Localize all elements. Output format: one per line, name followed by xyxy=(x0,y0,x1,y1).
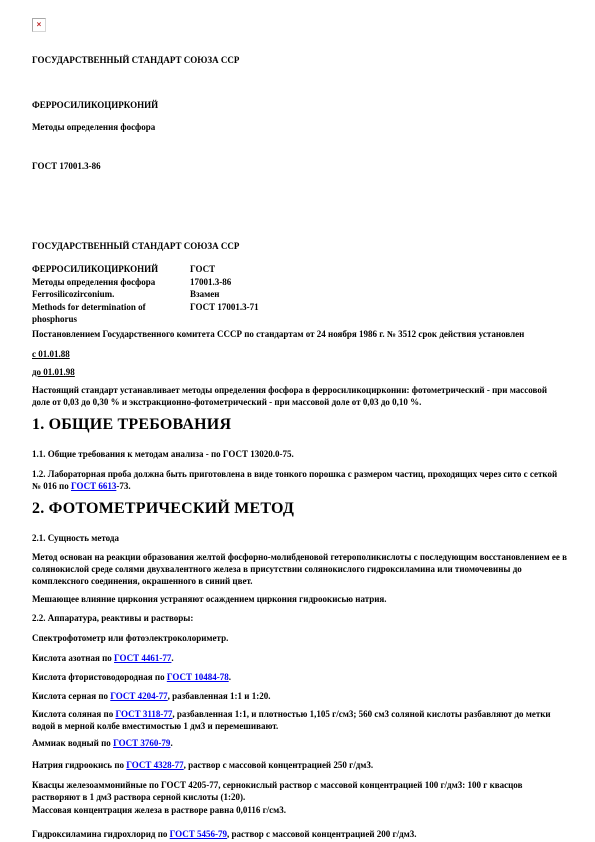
reagent-item-ammonia: Аммиак водный по ГОСТ 3760-79. xyxy=(32,737,567,749)
reagent-item-sulfuric-acid: Кислота серная по ГОСТ 4204-77, разбавле… xyxy=(32,690,567,702)
decree-paragraph: Постановлением Государственного комитета… xyxy=(32,328,567,340)
iron-concentration-note: Массовая концентрация железа в растворе … xyxy=(32,804,567,816)
document-page: × ГОСУДАРСТВЕННЫЙ СТАНДАРТ СОЮЗА ССР ФЕР… xyxy=(32,18,567,840)
reagent-text-suffix: . xyxy=(170,738,172,748)
gost-3760-link[interactable]: ГОСТ 3760-79 xyxy=(113,738,170,748)
clause-2-2: 2.2. Аппаратура, реактивы и растворы: xyxy=(32,612,567,624)
doc-title: ФЕРРОСИЛИКОЦИРКОНИЙ xyxy=(32,99,567,111)
gost-10484-link[interactable]: ГОСТ 10484-78 xyxy=(167,672,229,682)
reagent-item-nitric-acid: Кислота азотная по ГОСТ 4461-77. xyxy=(32,652,567,664)
title-block-gost-word: ГОСТ xyxy=(190,263,259,276)
reagent-text: Кислота азотная по xyxy=(32,653,114,663)
title-block-replaced-gost: ГОСТ 17001.3-71 xyxy=(190,301,259,314)
reagent-item-hydroxylamine: Гидроксиламина гидрохлорид по ГОСТ 5456-… xyxy=(32,828,567,840)
reagent-text-suffix: , разбавленная 1:1 и 1:20. xyxy=(168,691,271,701)
gost-6613-link[interactable]: ГОСТ 6613 xyxy=(71,481,116,491)
reagent-item-iron-ammonium-alum: Квасцы железоаммонийные по ГОСТ 4205-77,… xyxy=(32,779,567,803)
reagent-item-hydrochloric-acid: Кислота соляная по ГОСТ 3118-77, разбавл… xyxy=(32,708,567,732)
reagent-text-suffix: , раствор с массовой концентрацией 250 г… xyxy=(184,760,374,770)
title-block-title-en: Ferrosilicozirconium. xyxy=(32,288,190,301)
title-block-left-column: ФЕРРОСИЛИКОЦИРКОНИЙ Методы определения ф… xyxy=(32,263,190,326)
title-block-title-ru: ФЕРРОСИЛИКОЦИРКОНИЙ xyxy=(32,263,190,276)
reagent-text: Квасцы железоаммонийные по ГОСТ 4205-77,… xyxy=(32,780,522,802)
title-block-subtitle-en: Methods for determination of phosphorus xyxy=(32,301,190,326)
gost-4461-link[interactable]: ГОСТ 4461-77 xyxy=(114,653,171,663)
reagent-text: Кислота фтористоводородная по xyxy=(32,672,167,682)
section-2-heading: 2. ФОТОМЕТРИЧЕСКИЙ МЕТОД xyxy=(32,499,567,519)
doc-number: ГОСТ 17001.3-86 xyxy=(32,160,567,172)
section-1-heading: 1. ОБЩИЕ ТРЕБОВАНИЯ xyxy=(32,415,567,435)
reagent-item-hydrofluoric-acid: Кислота фтористоводородная по ГОСТ 10484… xyxy=(32,671,567,683)
reagent-text: Кислота серная по xyxy=(32,691,110,701)
title-block: ФЕРРОСИЛИКОЦИРКОНИЙ Методы определения ф… xyxy=(32,263,567,326)
gost-5456-link[interactable]: ГОСТ 5456-79 xyxy=(170,829,227,839)
clause-1-1: 1.1. Общие требования к методам анализа … xyxy=(32,448,567,460)
reagent-text: Гидроксиламина гидрохлорид по xyxy=(32,829,170,839)
reagent-text: Спектрофотометр или фотоэлектроколоримет… xyxy=(32,633,228,643)
clause-1-2: 1.2. Лабораторная проба должна быть приг… xyxy=(32,468,567,492)
reagent-text: Кислота соляная по xyxy=(32,709,115,719)
clause-1-2-suffix: -73. xyxy=(116,481,130,491)
title-block-replaces-word: Взамен xyxy=(190,288,259,301)
broken-image-x-glyph: × xyxy=(37,21,42,29)
validity-from: с 01.01.88 xyxy=(32,348,567,360)
reagent-text: Массовая концентрация железа в растворе … xyxy=(32,805,286,815)
doc-subtitle: Методы определения фосфора xyxy=(32,121,567,133)
title-block-gost-number: 17001.3-86 xyxy=(190,276,259,289)
reagent-item-sodium-hydroxide: Натрия гидроокись по ГОСТ 4328-77, раств… xyxy=(32,759,567,771)
validity-to: до 01.01.98 xyxy=(32,366,567,378)
org-header-top: ГОСУДАРСТВЕННЫЙ СТАНДАРТ СОЮЗА ССР xyxy=(32,54,567,66)
reagent-text-suffix: , раствор с массовой концентрацией 200 г… xyxy=(227,829,417,839)
clause-2-1: 2.1. Сущность метода xyxy=(32,532,567,544)
gost-4204-link[interactable]: ГОСТ 4204-77 xyxy=(110,691,167,701)
reagent-item-spectrophotometer: Спектрофотометр или фотоэлектроколоримет… xyxy=(32,632,567,644)
gost-4328-link[interactable]: ГОСТ 4328-77 xyxy=(126,760,183,770)
broken-image-icon: × xyxy=(32,18,46,32)
reagent-text: Натрия гидроокись по xyxy=(32,760,126,770)
gost-3118-link[interactable]: ГОСТ 3118-77 xyxy=(115,709,172,719)
zirconium-interference-note: Мешающее влияние циркония устраняют осаж… xyxy=(32,593,567,605)
title-block-subtitle-ru: Методы определения фосфора xyxy=(32,276,190,289)
reagent-text-suffix: . xyxy=(171,653,173,663)
reagent-text: Аммиак водный по xyxy=(32,738,113,748)
intro-paragraph: Настоящий стандарт устанавливает методы … xyxy=(32,384,567,408)
reagent-text-suffix: . xyxy=(229,672,231,682)
method-essence-paragraph: Метод основан на реакции образования жел… xyxy=(32,551,567,587)
org-header-repeat: ГОСУДАРСТВЕННЫЙ СТАНДАРТ СОЮЗА ССР xyxy=(32,240,567,252)
title-block-right-column: ГОСТ 17001.3-86 Взамен ГОСТ 17001.3-71 xyxy=(190,263,259,326)
